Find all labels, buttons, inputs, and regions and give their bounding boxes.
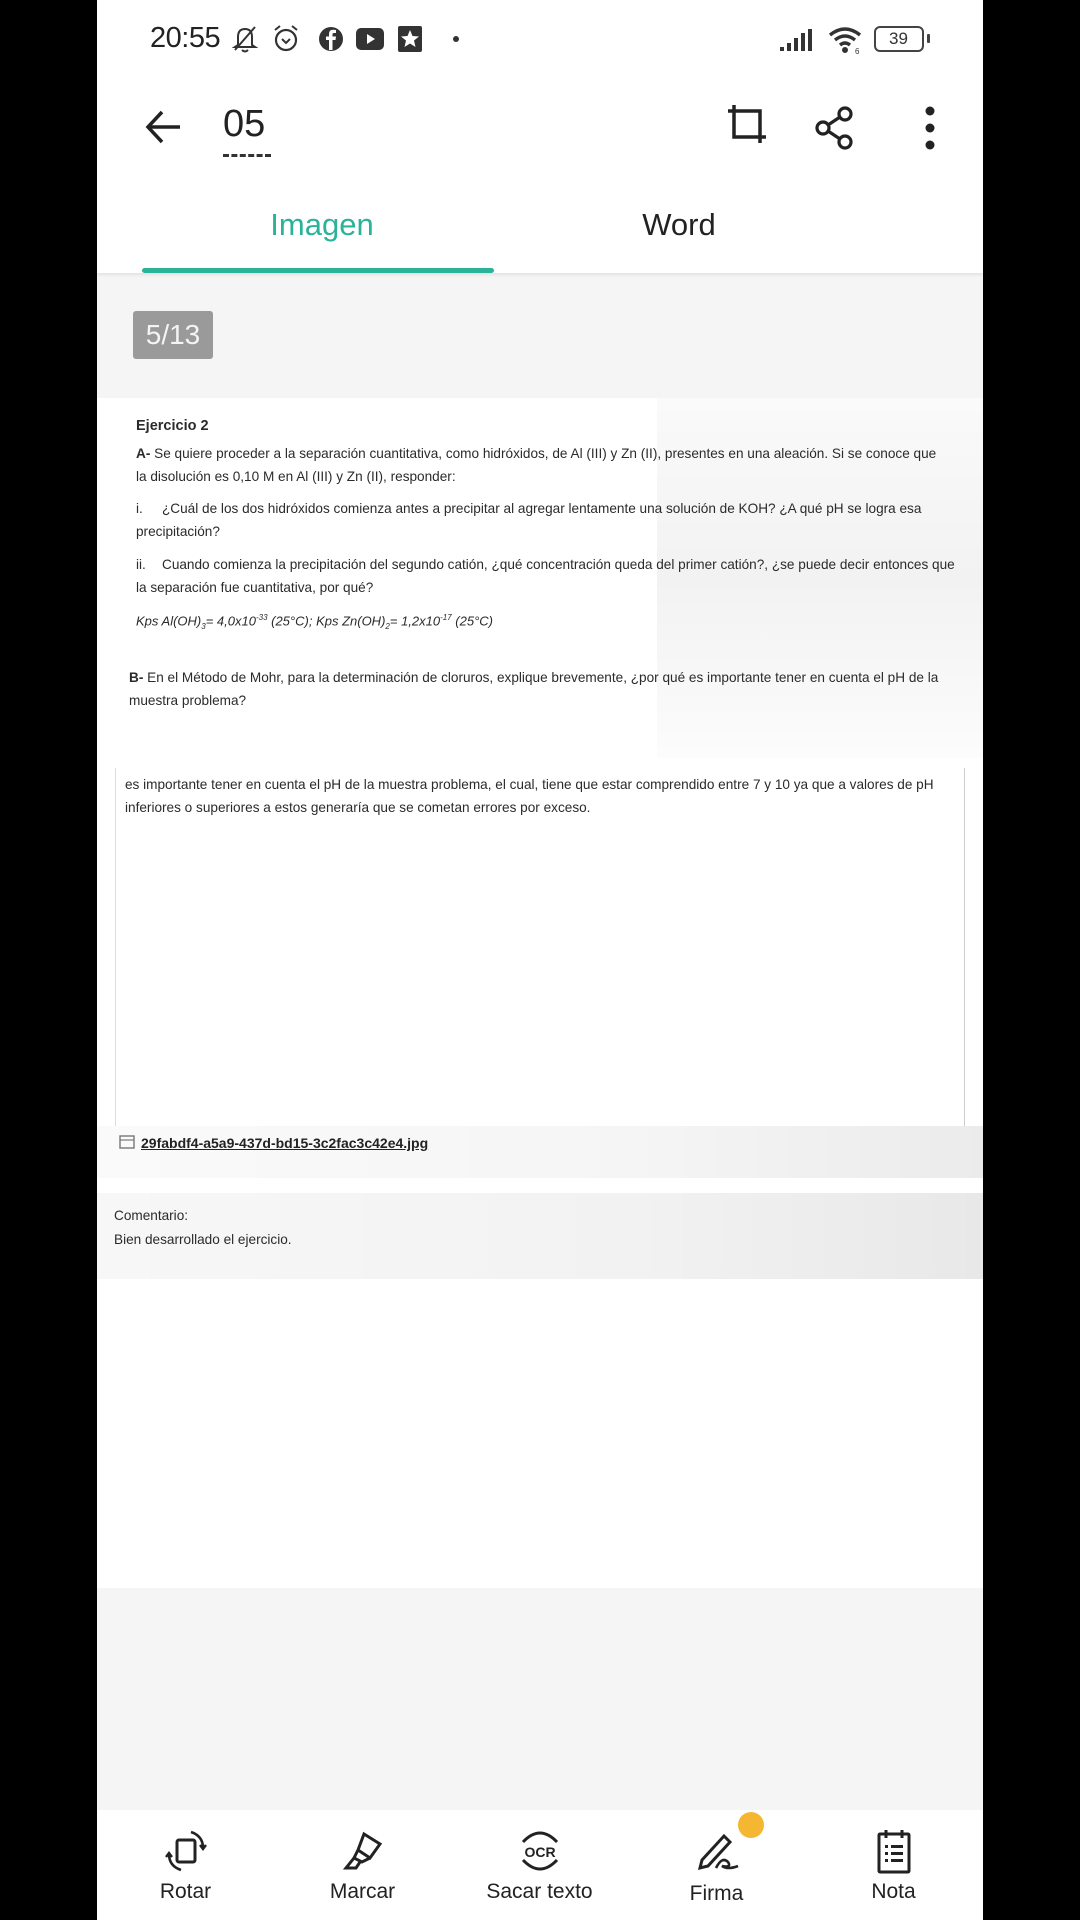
- question-ii: ii.Cuando comienza la precipitación del …: [136, 553, 961, 599]
- rotate-label: Rotar: [97, 1880, 274, 1904]
- question-ii-label: ii.: [136, 553, 162, 576]
- premium-crown-badge: [738, 1812, 764, 1838]
- signature-icon: [694, 1828, 740, 1874]
- notification-dot: [453, 36, 459, 42]
- extract-text-label: Sacar texto: [451, 1880, 628, 1904]
- note-icon: [871, 1828, 917, 1874]
- comment-label: Comentario:: [114, 1204, 188, 1227]
- wifi-icon: 6: [828, 25, 864, 55]
- title-edit-underline: [223, 154, 271, 157]
- star-app-icon: [397, 25, 423, 53]
- question-i-body: ¿Cuál de los dos hidróxidos comienza ant…: [136, 501, 921, 539]
- answer-box: [115, 768, 965, 1126]
- question-ii-body: Cuando comienza la precipitación del seg…: [136, 557, 955, 595]
- question-i-label: i.: [136, 497, 162, 520]
- rotate-button[interactable]: Rotar: [97, 1810, 274, 1920]
- attachment-filename: 29fabdf4-a5a9-437d-bd15-3c2fac3c42e4.jpg: [141, 1135, 428, 1151]
- svg-text:OCR: OCR: [524, 1844, 555, 1860]
- signal-icon: [779, 28, 815, 52]
- comment-text: Bien desarrollado el ejercicio.: [114, 1228, 292, 1251]
- signature-label: Firma: [628, 1882, 805, 1906]
- signature-button[interactable]: Firma: [628, 1810, 805, 1920]
- part-a-text: A- Se quiere proceder a la separación cu…: [136, 442, 946, 488]
- tab-word[interactable]: Word: [499, 207, 859, 243]
- youtube-icon: [355, 27, 385, 51]
- part-b-text: B- En el Método de Mohr, para la determi…: [129, 666, 949, 712]
- mark-button[interactable]: Marcar: [274, 1810, 451, 1920]
- note-button[interactable]: Nota: [805, 1810, 982, 1920]
- crop-icon[interactable]: [724, 105, 770, 151]
- kps-zn-exp: -17: [440, 613, 452, 622]
- kps-al-value: = 4,0x10: [206, 613, 256, 628]
- bell-off-icon: [232, 24, 258, 54]
- back-arrow-icon[interactable]: [142, 105, 186, 149]
- status-bar: 20:55: [97, 0, 983, 75]
- app-header: 05 Imagen Word: [97, 75, 983, 273]
- tab-imagen[interactable]: Imagen: [142, 207, 502, 243]
- answer-text: es importante tener en cuenta el pH de l…: [125, 773, 960, 819]
- kps-zn-prefix: Kps Zn(OH): [316, 613, 385, 628]
- kps-al-prefix: Kps Al(OH): [136, 613, 201, 628]
- ocr-icon: OCR: [517, 1828, 563, 1874]
- bottom-toolbar: Rotar Marcar OCR Sacar texto: [97, 1810, 983, 1920]
- kps-values: Kps Al(OH)3= 4,0x10-33 (25°C); Kps Zn(OH…: [136, 606, 493, 638]
- attachment-icon: [119, 1135, 135, 1149]
- document-title[interactable]: 05: [223, 103, 265, 146]
- part-a-body: Se quiere proceder a la separación cuant…: [136, 446, 936, 484]
- battery-level: 39: [876, 28, 921, 49]
- battery-icon: 39: [874, 26, 924, 52]
- document-image[interactable]: Ejercicio 2 A- Se quiere proceder a la s…: [97, 398, 983, 1588]
- highlighter-icon: [340, 1828, 386, 1874]
- kps-zn-temp: (25°C): [452, 613, 493, 628]
- screen: 20:55: [97, 0, 983, 1920]
- part-a-label: A-: [136, 446, 150, 461]
- alarm-icon: [272, 24, 300, 54]
- kps-al-exp: -33: [256, 613, 268, 622]
- part-b-body: En el Método de Mohr, para la determinac…: [129, 670, 938, 708]
- question-i: i.¿Cuál de los dos hidróxidos comienza a…: [136, 497, 956, 543]
- active-tab-indicator: [142, 268, 494, 273]
- status-time: 20:55: [150, 22, 220, 55]
- page-indicator: 5/13: [133, 311, 213, 359]
- share-icon[interactable]: [813, 105, 859, 151]
- battery-cap: [927, 34, 930, 43]
- extract-text-button[interactable]: OCR Sacar texto: [451, 1810, 628, 1920]
- mark-label: Marcar: [274, 1880, 451, 1904]
- svg-text:6: 6: [855, 47, 860, 55]
- more-options-icon[interactable]: [907, 105, 953, 151]
- kps-al-temp: (25°C);: [268, 613, 317, 628]
- attachment-link: 29fabdf4-a5a9-437d-bd15-3c2fac3c42e4.jpg: [119, 1132, 428, 1155]
- kps-zn-value: = 1,2x10: [390, 613, 440, 628]
- note-label: Nota: [805, 1880, 982, 1904]
- exercise-title: Ejercicio 2: [136, 415, 209, 438]
- rotate-icon: [163, 1828, 209, 1874]
- part-b-label: B-: [129, 670, 143, 685]
- facebook-icon: [318, 26, 344, 52]
